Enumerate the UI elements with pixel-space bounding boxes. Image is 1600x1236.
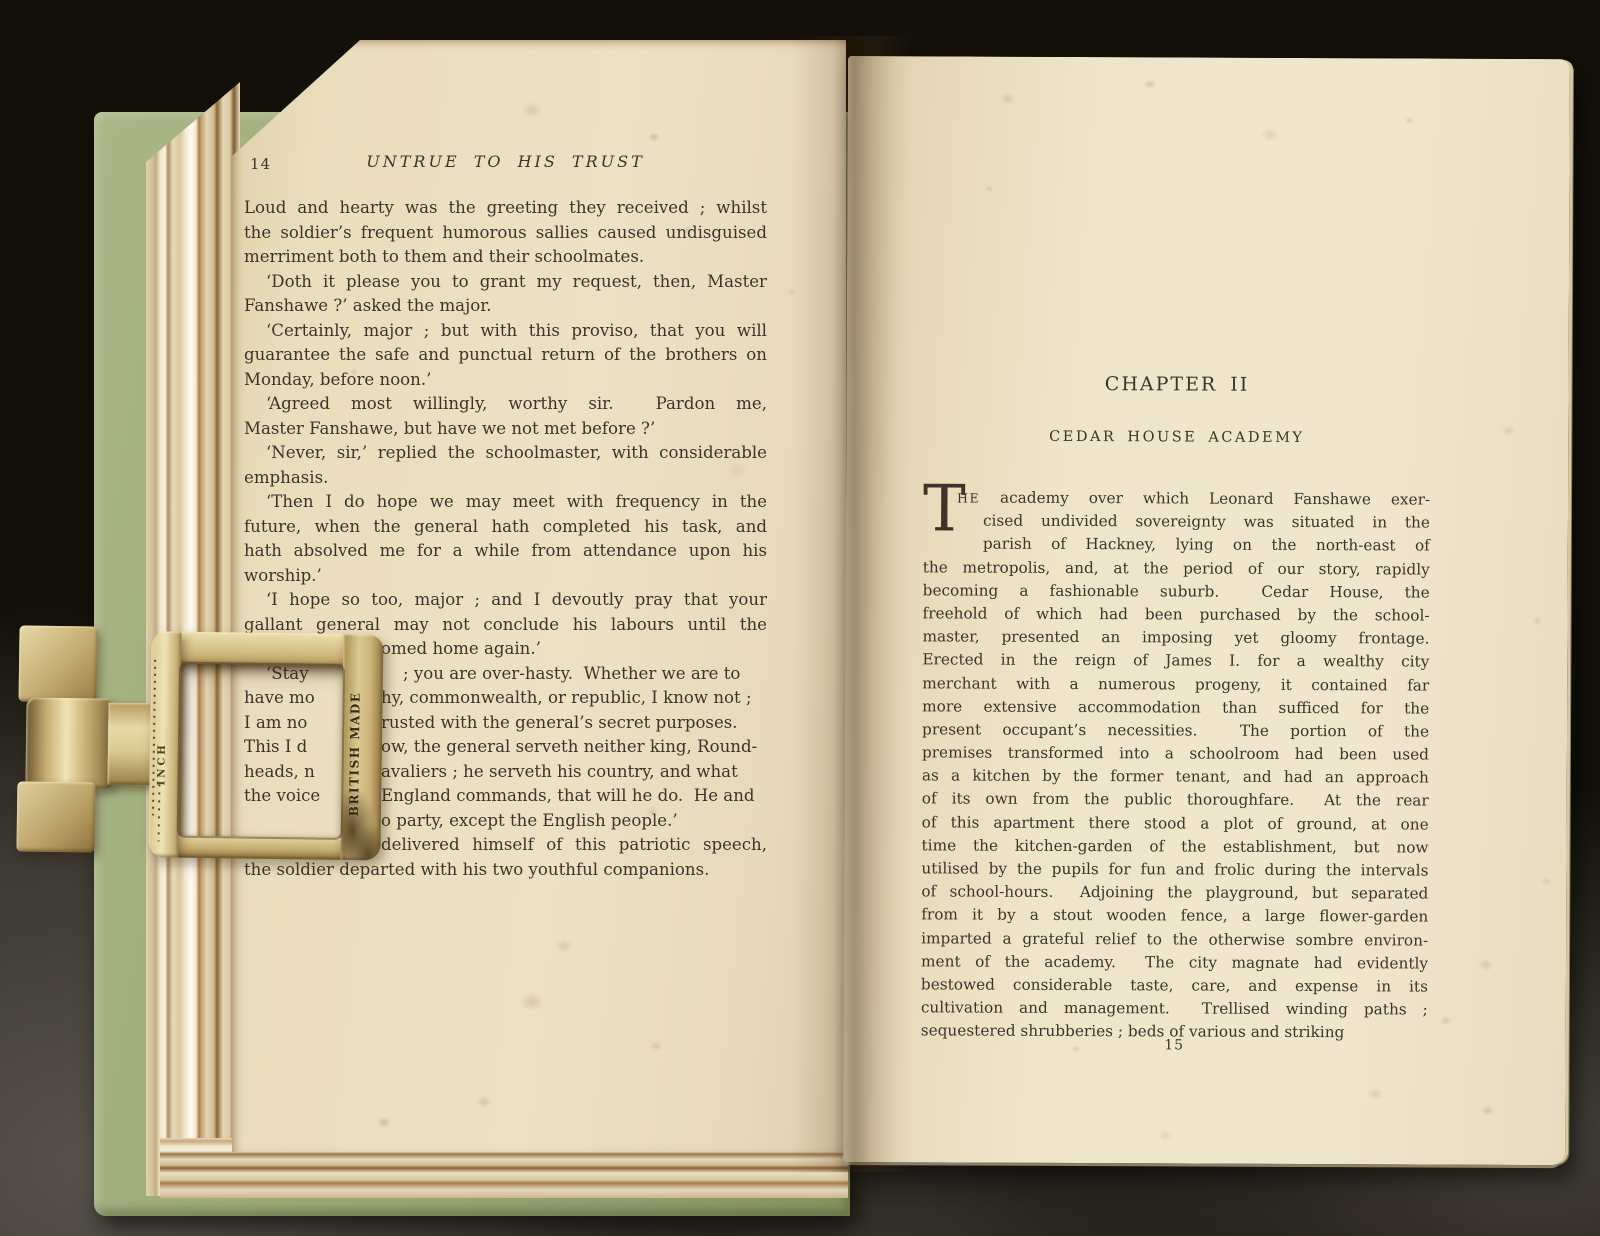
- text-line: have mohy, commonwealth, or republic, I …: [244, 686, 767, 711]
- text-line: the soldier’s frequent humorous sallies …: [244, 221, 767, 246]
- text-line: ‘Stay; you are over-hasty. Whether we ar…: [244, 662, 767, 687]
- text-line: of school-hours. Adjoining the playgroun…: [921, 881, 1428, 906]
- book-photo: 14 UNTRUE TO HIS TRUST Loud and hearty w…: [0, 0, 1600, 1236]
- text-line: ‘Never, sir,’ replied the schoolmaster, …: [244, 441, 767, 466]
- text-line: hath absolved me for a while from attend…: [244, 539, 767, 564]
- clip-hinge-top-knuckle: [19, 625, 98, 702]
- text-line: gallant general may not conclude his lab…: [244, 613, 767, 638]
- text-line: of its own from the public thoroughfare.…: [922, 788, 1429, 813]
- left-page-text: Loud and hearty was the greeting they re…: [244, 196, 767, 882]
- right-page: CHAPTER II CEDAR HOUSE ACADEMY T HE acad…: [843, 56, 1570, 1165]
- text-line: cultivation and management. Trellised wi…: [921, 996, 1428, 1021]
- text-line: the metropolis, and, at the period of ou…: [923, 556, 1430, 581]
- chapter-heading: CHAPTER II: [924, 372, 1431, 396]
- text-line: ment of the academy. The city magnate ha…: [921, 950, 1428, 975]
- text-line: of this apartment there stood a plot of …: [922, 811, 1429, 836]
- text-line: heads, navaliers ; he serveth his countr…: [244, 760, 767, 785]
- text-line: And having delivered himself of this pat…: [244, 833, 767, 858]
- text-line: utilised by the pupils for fun and froli…: [921, 857, 1428, 882]
- text-line: ‘Doth it please you to grant my request,…: [244, 270, 767, 295]
- text-line: as a kitchen by the former tenant, and h…: [922, 765, 1429, 790]
- text-line: bestowed considerable taste, care, and e…: [921, 973, 1428, 998]
- text-line: the voiceEngland commands, that will he …: [244, 784, 767, 809]
- text-line: emphasis.: [244, 466, 767, 491]
- page-edges-left: [146, 44, 240, 1196]
- text-line: parish of Hackney, lying on the north-ea…: [923, 533, 1430, 558]
- page-number-right: 15: [921, 1036, 1428, 1054]
- text-line: present occupant’s necessities. The port…: [922, 718, 1429, 743]
- page-number-left: 14: [250, 155, 271, 173]
- left-page: 14 UNTRUE TO HIS TRUST Loud and hearty w…: [232, 40, 846, 1152]
- text-line: ‘Then I do hope we may meet with frequen…: [244, 490, 767, 515]
- text-line: merchant with a numerous progeny, it con…: [922, 672, 1429, 697]
- text-line: imparted a grateful relief to the otherw…: [921, 927, 1428, 952]
- text-line: guarantee the safe and punctual return o…: [244, 343, 767, 368]
- text-line: Master Fanshawe, but have we not met bef…: [244, 417, 767, 442]
- text-line: the soldier departed with his two youthf…: [244, 858, 767, 883]
- chapter-subtitle: CEDAR HOUSE ACADEMY: [923, 428, 1430, 446]
- text-line: Fanshawe ?’ asked the major.: [244, 294, 767, 319]
- text-line: ‘Certainly, major ; but with this provis…: [244, 319, 767, 344]
- text-line: o party, except the English people.’: [244, 809, 767, 834]
- text-line: master, presented an imposing yet gloomy…: [922, 625, 1429, 650]
- text-line: cised undivided sovereignty was situated…: [923, 510, 1430, 535]
- text-line: ‘I hope so too, major ; and I devoutly p…: [244, 588, 767, 613]
- left-page-header: 14 UNTRUE TO HIS TRUST: [244, 152, 767, 176]
- text-line: ‘Agreed most willingly, worthy sir. Pard…: [244, 392, 767, 417]
- text-line: I am norusted with the general’s secret …: [244, 711, 767, 736]
- text-line: Erected in the reign of James I. for a w…: [922, 649, 1429, 674]
- text-line: Monday, before noon.’: [244, 368, 767, 393]
- text-line: time the kitchen-garden of the establish…: [922, 834, 1429, 859]
- text-line: omed home again.’: [244, 637, 767, 662]
- clip-hinge-bottom-knuckle: [16, 781, 95, 852]
- text-line: freehold of which had been purchased by …: [923, 602, 1430, 627]
- text-line: Loud and hearty was the greeting they re…: [244, 196, 767, 221]
- text-line: HE academy over which Leonard Fanshawe e…: [923, 486, 1430, 511]
- text-line: from it by a stout wooden fence, a large…: [921, 904, 1428, 929]
- text-line: becoming a fashionable suburb. Cedar Hou…: [923, 579, 1430, 604]
- running-header: UNTRUE TO HIS TRUST: [244, 152, 767, 171]
- text-line: This I dow, the general serveth neither …: [244, 735, 767, 760]
- text-line: merriment both to them and their schoolm…: [244, 245, 767, 270]
- text-line: worship.’: [244, 564, 767, 589]
- right-page-text: HE academy over which Leonard Fanshawe e…: [921, 486, 1430, 1045]
- text-line: future, when the general hath completed …: [244, 515, 767, 540]
- text-line: premises transformed into a schoolroom h…: [922, 741, 1429, 766]
- text-line: more extensive accommodation than suffic…: [922, 695, 1429, 720]
